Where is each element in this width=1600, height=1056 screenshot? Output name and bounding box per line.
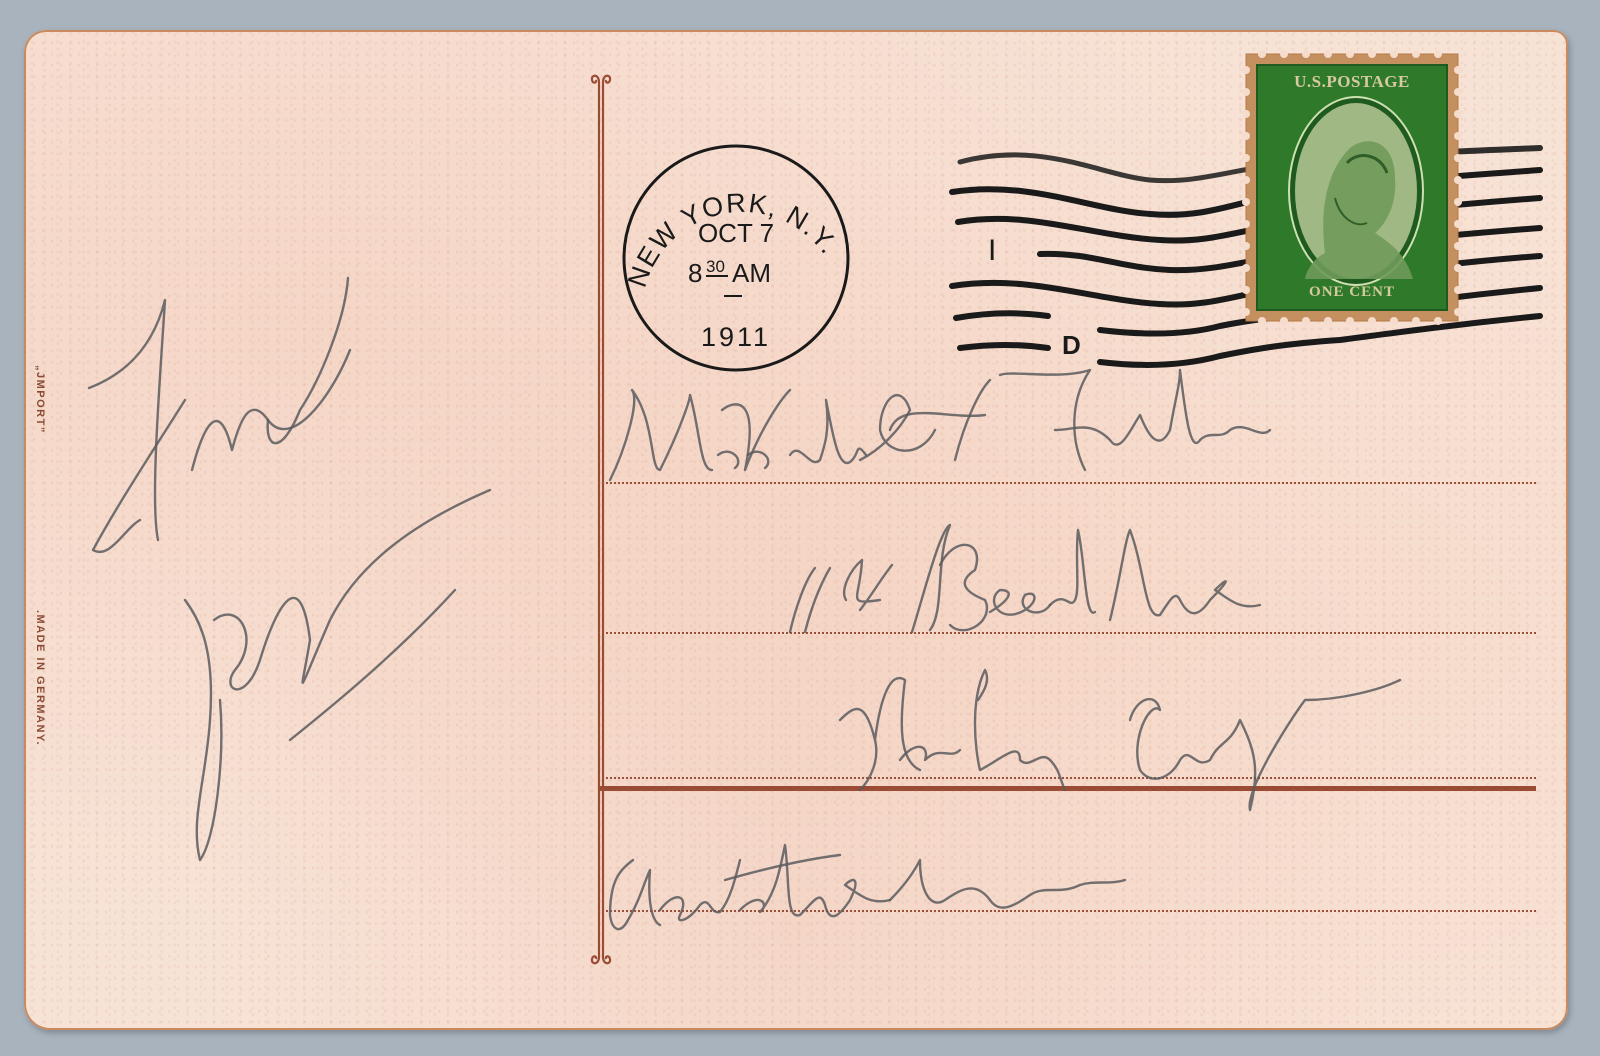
postmark-period: AM: [732, 258, 771, 288]
address-rule-1: [598, 482, 1536, 484]
stamp-bottom-text: ONE CENT: [1258, 284, 1446, 301]
stamp-design: U.S.POSTAGE ONE CENT: [1256, 64, 1448, 311]
address-line-3: New York City: [0, 0, 1, 1]
postmark-minutes: 30: [706, 257, 725, 276]
franklin-portrait: [1290, 98, 1422, 284]
postmark: NEW YORK, N.Y. OCT 7 8 30 AM 1911: [600, 124, 860, 384]
cancel-letter-d: D: [1062, 330, 1081, 360]
address-line-4: Westchester: [0, 0, 1, 1]
address-rule-3: [598, 777, 1536, 779]
postmark-hour: 8: [688, 258, 702, 288]
wavy-cancel: I D: [920, 140, 1560, 380]
address-line-1: Miss Violet S. Fischer: [0, 0, 1, 1]
address-rule-2: [598, 632, 1536, 634]
postmark-date: OCT 7: [698, 218, 774, 248]
address-rule-thick: [598, 786, 1536, 791]
made-in-germany-text: .MADE IN GERMANY.: [34, 610, 46, 746]
address-line-2: 1147 Beach Ave: [0, 0, 1, 1]
stamp-top-text: U.S.POSTAGE: [1258, 72, 1446, 92]
address-rule-4: [598, 910, 1536, 912]
postmark-year: 1911: [701, 322, 771, 352]
import-mark-text: „JMPORT”: [34, 365, 46, 434]
cancel-letter-i: I: [988, 234, 996, 267]
postage-stamp: U.S.POSTAGE ONE CENT: [1242, 50, 1462, 325]
handwritten-message: From Papa: [0, 0, 1, 1]
portrait-icon: [1295, 103, 1417, 279]
